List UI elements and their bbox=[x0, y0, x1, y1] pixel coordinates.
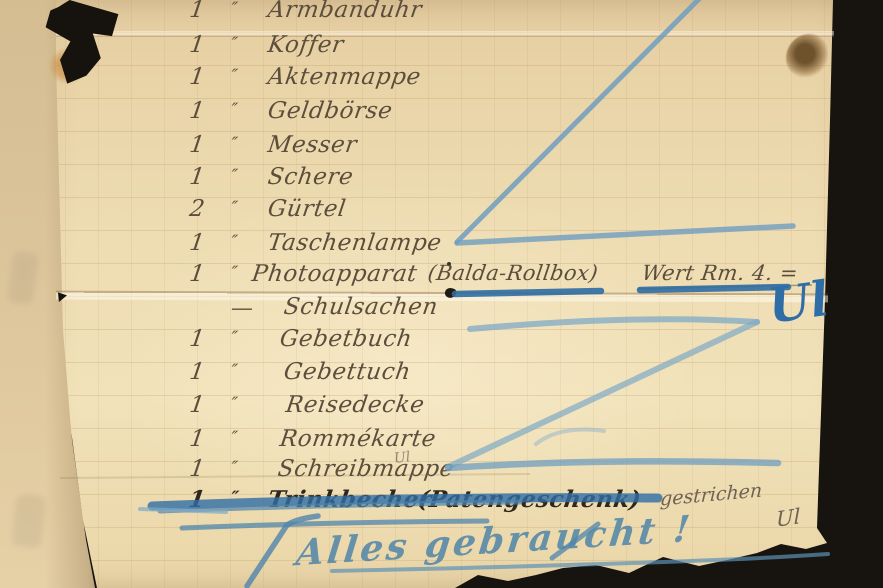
list-item: 1 ″ Geldbörse bbox=[0, 98, 883, 130]
list-item: 1 ″ Armbanduhr bbox=[0, 0, 883, 29]
ditto-mark: ″ bbox=[230, 232, 240, 252]
item-quantity: 1 bbox=[178, 456, 216, 482]
item-name: Messer bbox=[266, 132, 359, 158]
item-value: Wert Rm. 4. = bbox=[640, 261, 799, 285]
ditto-mark: ″ bbox=[230, 34, 240, 54]
ditto-mark: ″ bbox=[230, 263, 240, 283]
ditto-mark: ″ bbox=[230, 458, 240, 478]
item-name: Armbanduhr bbox=[266, 0, 424, 23]
item-name: Trinkbecher bbox=[266, 486, 434, 513]
ditto-mark: ″ bbox=[230, 394, 240, 414]
list-item: 1 ″ Gebetbuch bbox=[0, 326, 883, 358]
ditto-mark: ″ bbox=[230, 100, 240, 120]
ditto-mark: ″ bbox=[230, 198, 240, 218]
item-quantity: 2 bbox=[178, 196, 216, 222]
item-name: Koffer bbox=[266, 32, 345, 58]
list-item: 1 ″ Gebettuch bbox=[0, 359, 883, 391]
item-name: Aktenmappe bbox=[266, 64, 422, 90]
item-detail: (Balda-Rollbox) bbox=[426, 261, 599, 285]
list-item: 1 ″ Taschenlampe bbox=[0, 230, 883, 262]
item-quantity: 1 bbox=[178, 486, 216, 513]
list-item: 1 ″ Aktenmappe bbox=[0, 64, 883, 96]
list-item: 1 ″ Rommékarte bbox=[0, 426, 883, 458]
item-name: Gebetbuch bbox=[278, 326, 414, 352]
list-item: 1 ″ Koffer bbox=[0, 32, 883, 64]
item-name: Photoapparat bbox=[250, 261, 419, 287]
list-item: 1 ″ Messer bbox=[0, 132, 883, 164]
item-quantity: 1 bbox=[178, 392, 216, 418]
item-name: Gebettuch bbox=[282, 359, 412, 385]
ditto-mark: ″ bbox=[230, 328, 240, 348]
item-quantity: 1 bbox=[178, 98, 216, 124]
item-quantity: 1 bbox=[178, 0, 216, 23]
item-quantity: 1 bbox=[178, 230, 216, 256]
item-name: Gürtel bbox=[266, 196, 348, 222]
item-quantity: 1 bbox=[178, 64, 216, 90]
ditto-mark: ″ bbox=[230, 361, 240, 381]
ditto-mark: ″ bbox=[230, 0, 240, 19]
item-quantity: 1 bbox=[178, 359, 216, 385]
item-name: Schulsachen bbox=[282, 294, 440, 320]
item-quantity: 1 bbox=[178, 164, 216, 190]
item-name: Geldbörse bbox=[266, 98, 394, 124]
item-quantity: 1 bbox=[178, 426, 216, 452]
list-item: 2 ″ Gürtel bbox=[0, 196, 883, 228]
pencil-initials-small: Ul bbox=[393, 449, 411, 467]
document-photo: 1 ″ Armbanduhr 1 ″ Koffer 1 ″ Aktenmappe… bbox=[0, 0, 883, 588]
list-item: 1 ″ Photoapparat (Balda-Rollbox) Wert Rm… bbox=[0, 261, 883, 293]
item-name: Taschenlampe bbox=[266, 230, 443, 256]
ditto-mark: ″ bbox=[230, 166, 240, 186]
list-item: 1 ″ Schere bbox=[0, 164, 883, 196]
item-name: Reisedecke bbox=[284, 392, 426, 418]
item-quantity: 1 bbox=[178, 261, 216, 287]
ditto-mark: ″ bbox=[230, 488, 241, 508]
list-item: 1 ″ Reisedecke bbox=[0, 392, 883, 424]
ditto-mark: ″ bbox=[230, 66, 240, 86]
dash-mark: — bbox=[229, 296, 256, 321]
item-name: Schreibmappe bbox=[276, 456, 456, 482]
ditto-mark: ″ bbox=[230, 134, 240, 154]
pencil-initials: Ul bbox=[776, 504, 800, 532]
ditto-mark: ″ bbox=[230, 428, 240, 448]
item-detail: (Patengeschenk) bbox=[416, 486, 643, 513]
item-quantity: 1 bbox=[178, 132, 216, 158]
item-name: Schere bbox=[266, 164, 355, 190]
item-name: Rommékarte bbox=[278, 426, 438, 452]
list-item: — Schulsachen bbox=[0, 294, 883, 326]
item-quantity: 1 bbox=[178, 326, 216, 352]
item-quantity: 1 bbox=[178, 32, 216, 58]
